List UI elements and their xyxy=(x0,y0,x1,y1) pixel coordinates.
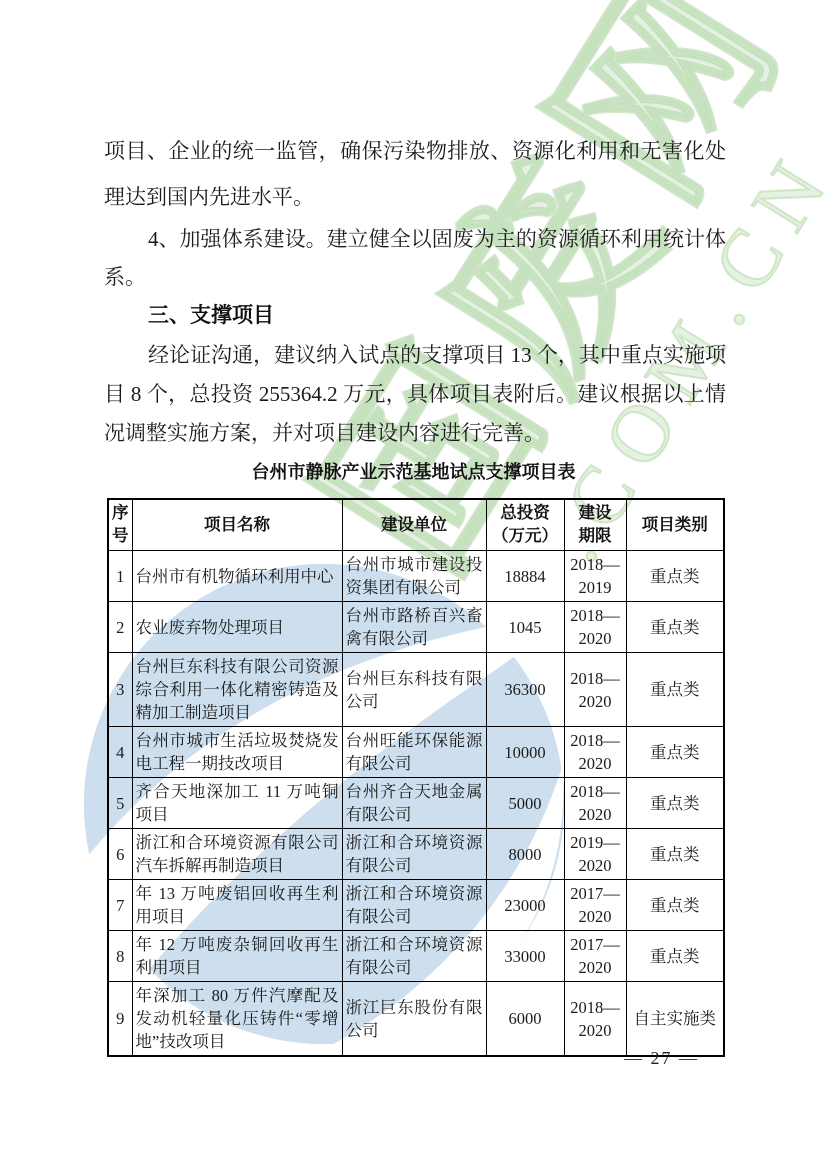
header-construction-unit: 建设单位 xyxy=(342,499,486,551)
cell-category: 重点类 xyxy=(626,727,724,778)
section-heading: 三、支撑项目 xyxy=(104,296,726,336)
cell-project-name: 台州市城市生活垃圾焚烧发电工程一期技改项目 xyxy=(132,727,342,778)
body-text: 项目、企业的统一监管，确保污染物排放、资源化利用和无害化处理达到国内先进水平。 … xyxy=(104,128,726,453)
cell-seq-number: 8 xyxy=(108,931,132,982)
table-body: 1 台州市有机物循环利用中心 台州市城市建设投资集团有限公司 18884 201… xyxy=(108,551,724,1057)
cell-category: 重点类 xyxy=(626,880,724,931)
cell-seq-number: 1 xyxy=(108,551,132,602)
header-seq-number: 序 号 xyxy=(108,499,132,551)
cell-period: 2017— 2020 xyxy=(564,880,626,931)
cell-project-name: 年深加工 80 万件汽摩配及发动机轻量化压铸件“零增地”技改项目 xyxy=(132,982,342,1057)
header-project-category: 项目类别 xyxy=(626,499,724,551)
table-row: 4 台州市城市生活垃圾焚烧发电工程一期技改项目 台州旺能环保能源有限公司 100… xyxy=(108,727,724,778)
cell-construction-unit: 台州巨东科技有限公司 xyxy=(342,653,486,727)
table-row: 5 齐合天地深加工 11 万吨铜项目 台州齐合天地金属有限公司 5000 201… xyxy=(108,778,724,829)
cell-investment: 18884 xyxy=(486,551,564,602)
cell-construction-unit: 浙江和合环境资源有限公司 xyxy=(342,931,486,982)
page-number: — 27 — xyxy=(624,1048,699,1069)
cell-period: 2017— 2020 xyxy=(564,931,626,982)
cell-project-name: 浙江和合环境资源有限公司汽车拆解再制造项目 xyxy=(132,829,342,880)
cell-seq-number: 9 xyxy=(108,982,132,1057)
cell-period: 2019— 2020 xyxy=(564,829,626,880)
cell-category: 自主实施类 xyxy=(626,982,724,1057)
cell-seq-number: 7 xyxy=(108,880,132,931)
cell-seq-number: 3 xyxy=(108,653,132,727)
cell-project-name: 台州市有机物循环利用中心 xyxy=(132,551,342,602)
table-row: 2 农业废弃物处理项目 台州市路桥百兴畜禽有限公司 1045 2018— 202… xyxy=(108,602,724,653)
cell-investment: 33000 xyxy=(486,931,564,982)
support-projects-table: 序 号 项目名称 建设单位 总投资 （万元） 建设 期限 项目类别 1 台州市有… xyxy=(107,498,725,1057)
header-total-investment: 总投资 （万元） xyxy=(486,499,564,551)
cell-construction-unit: 浙江和合环境资源有限公司 xyxy=(342,880,486,931)
cell-construction-unit: 台州旺能环保能源有限公司 xyxy=(342,727,486,778)
cell-category: 重点类 xyxy=(626,829,724,880)
paragraph-summary: 经论证沟通，建议纳入试点的支撑项目 13 个，其中重点实施项目 8 个，总投资 … xyxy=(104,336,726,453)
table-row: 9 年深加工 80 万件汽摩配及发动机轻量化压铸件“零增地”技改项目 浙江巨东股… xyxy=(108,982,724,1057)
cell-seq-number: 4 xyxy=(108,727,132,778)
header-project-name: 项目名称 xyxy=(132,499,342,551)
cell-investment: 6000 xyxy=(486,982,564,1057)
table-row: 7 年 13 万吨废铝回收再生利用项目 浙江和合环境资源有限公司 23000 2… xyxy=(108,880,724,931)
cell-investment: 8000 xyxy=(486,829,564,880)
table-row: 8 年 12 万吨废杂铜回收再生利用项目 浙江和合环境资源有限公司 33000 … xyxy=(108,931,724,982)
cell-construction-unit: 台州市路桥百兴畜禽有限公司 xyxy=(342,602,486,653)
cell-project-name: 台州巨东科技有限公司资源综合利用一体化精密铸造及精加工制造项目 xyxy=(132,653,342,727)
table-section: 台州市静脉产业示范基地试点支撑项目表 序 号 项目名称 建设单位 总投资 （万元… xyxy=(0,458,827,1057)
header-row: 序 号 项目名称 建设单位 总投资 （万元） 建设 期限 项目类别 xyxy=(108,499,724,551)
table-row: 6 浙江和合环境资源有限公司汽车拆解再制造项目 浙江和合环境资源有限公司 800… xyxy=(108,829,724,880)
cell-construction-unit: 浙江和合环境资源有限公司 xyxy=(342,829,486,880)
cell-period: 2018— 2020 xyxy=(564,778,626,829)
table-row: 1 台州市有机物循环利用中心 台州市城市建设投资集团有限公司 18884 201… xyxy=(108,551,724,602)
cell-category: 重点类 xyxy=(626,653,724,727)
cell-construction-unit: 台州市城市建设投资集团有限公司 xyxy=(342,551,486,602)
cell-project-name: 农业废弃物处理项目 xyxy=(132,602,342,653)
cell-investment: 10000 xyxy=(486,727,564,778)
cell-category: 重点类 xyxy=(626,778,724,829)
cell-category: 重点类 xyxy=(626,551,724,602)
cell-construction-unit: 台州齐合天地金属有限公司 xyxy=(342,778,486,829)
cell-category: 重点类 xyxy=(626,931,724,982)
cell-period: 2018— 2020 xyxy=(564,727,626,778)
cell-category: 重点类 xyxy=(626,602,724,653)
table-row: 3 台州巨东科技有限公司资源综合利用一体化精密铸造及精加工制造项目 台州巨东科技… xyxy=(108,653,724,727)
cell-investment: 5000 xyxy=(486,778,564,829)
cell-investment: 36300 xyxy=(486,653,564,727)
cell-period: 2018— 2020 xyxy=(564,602,626,653)
cell-project-name: 齐合天地深加工 11 万吨铜项目 xyxy=(132,778,342,829)
table-title: 台州市静脉产业示范基地试点支撑项目表 xyxy=(0,458,827,484)
cell-period: 2018— 2020 xyxy=(564,653,626,727)
cell-project-name: 年 13 万吨废铝回收再生利用项目 xyxy=(132,880,342,931)
cell-period: 2018— 2019 xyxy=(564,551,626,602)
cell-investment: 23000 xyxy=(486,880,564,931)
paragraph-item-4: 4、加强体系建设。建立健全以固废为主的资源循环利用统计体系。 xyxy=(104,220,726,296)
cell-seq-number: 2 xyxy=(108,602,132,653)
cell-construction-unit: 浙江巨东股份有限公司 xyxy=(342,982,486,1057)
document-page: 固废网 .COM.CN 项目、企业的统一监管，确保污染物排放、资源化利用和无害化… xyxy=(0,0,827,1169)
table-header: 序 号 项目名称 建设单位 总投资 （万元） 建设 期限 项目类别 xyxy=(108,499,724,551)
cell-period: 2018— 2020 xyxy=(564,982,626,1057)
header-construction-period: 建设 期限 xyxy=(564,499,626,551)
cell-investment: 1045 xyxy=(486,602,564,653)
cell-project-name: 年 12 万吨废杂铜回收再生利用项目 xyxy=(132,931,342,982)
cell-seq-number: 6 xyxy=(108,829,132,880)
paragraph-continuation: 项目、企业的统一监管，确保污染物排放、资源化利用和无害化处理达到国内先进水平。 xyxy=(104,128,726,220)
cell-seq-number: 5 xyxy=(108,778,132,829)
